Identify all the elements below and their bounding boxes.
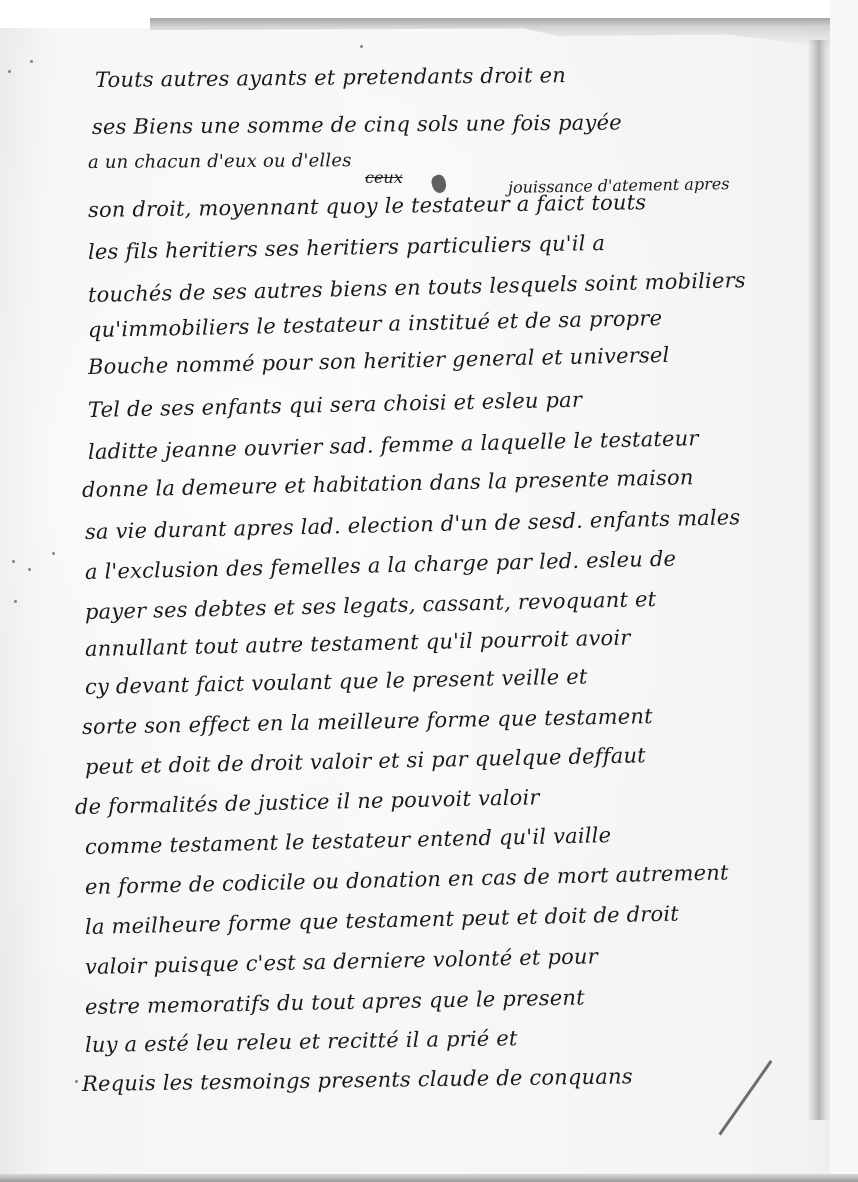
ink-speck	[28, 568, 31, 571]
quill-flourish	[718, 1060, 772, 1135]
ink-speck	[360, 45, 363, 48]
manuscript-line-13: a l'exclusion des femelles a la charge p…	[85, 547, 677, 584]
manuscript-line-26: Requis les tesmoings presents claude de …	[82, 1064, 633, 1096]
manuscript-line-7: qu'immobiliers le testateur a institué e…	[88, 306, 663, 342]
manuscript-line-23: valoir puisque c'est sa derniere volonté…	[85, 944, 598, 979]
manuscript-line-25: luy a esté leu releu et recitté il a pri…	[85, 1026, 518, 1057]
ink-speck	[30, 60, 33, 63]
manuscript-line-2: ses Biens une somme de cinq sols une foi…	[92, 110, 622, 139]
ink-speck	[75, 1080, 78, 1083]
torn-top-edge	[150, 18, 830, 48]
scan-right-margin	[830, 0, 858, 1182]
manuscript-line-1: Touts autres ayants et pretendants droit…	[95, 63, 566, 92]
manuscript-line-4: son droit, moyennant quoy le testateur a…	[88, 190, 647, 222]
manuscript-line-6: touchés de ses autres biens en touts les…	[88, 268, 746, 307]
manuscript-line-18: peut et doit de droit valoir et si par q…	[85, 743, 646, 779]
manuscript-line-16: cy devant faict voulant que le present v…	[85, 664, 588, 699]
manuscript-line-21: en forme de codicile ou donation en cas …	[85, 860, 729, 899]
manuscript-line-12: sa vie durant apres lad. election d'un d…	[85, 505, 741, 544]
manuscript-line-20: comme testament le testateur entend qu'i…	[85, 823, 612, 859]
manuscript-line-17: sorte son effect en la meilleure forme q…	[82, 704, 653, 739]
ink-speck	[8, 70, 11, 73]
manuscript-line-11: donne la demeure et habitation dans la p…	[82, 465, 694, 502]
ink-blot	[429, 173, 448, 195]
manuscript-line-8: Bouche nommé pour son heritier general e…	[88, 343, 670, 379]
ink-speck	[14, 600, 17, 603]
ink-speck	[52, 552, 55, 555]
manuscript-page: Touts autres ayants et pretendants droit…	[0, 0, 858, 1182]
page-right-edge-shadow	[808, 40, 832, 1120]
manuscript-line-14: payer ses debtes et ses legats, cassant,…	[85, 587, 657, 624]
manuscript-line-10: laditte jeanne ouvrier sad. femme a laqu…	[88, 426, 699, 464]
struck-word: ceux	[365, 168, 403, 187]
manuscript-line-22: la meilheure forme que testament peut et…	[85, 902, 679, 939]
manuscript-line-5: les fils heritiers ses heritiers particu…	[88, 231, 606, 264]
scan-bottom-edge	[0, 1174, 858, 1182]
manuscript-line-19: de formalités de justice il ne pouvoit v…	[75, 785, 540, 819]
manuscript-line-9: Tel de ses enfants qui sera choisi et es…	[88, 388, 583, 422]
manuscript-line-15: annullant tout autre testament qu'il pou…	[85, 626, 631, 661]
ink-speck	[12, 560, 15, 563]
manuscript-line-24: estre memoratifs du tout apres que le pr…	[85, 985, 585, 1019]
manuscript-line-3: a un chacun d'eux ou d'elles	[88, 150, 352, 173]
